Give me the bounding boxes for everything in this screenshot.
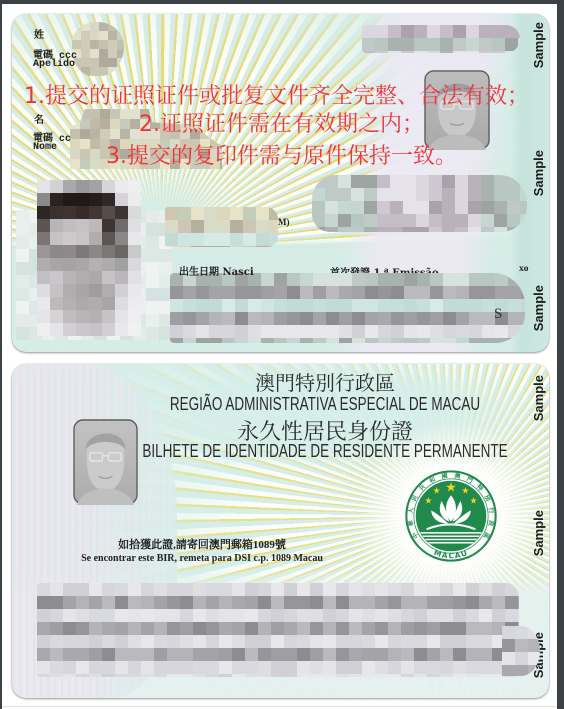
redaction-cell [388, 25, 401, 38]
redaction-cell [37, 219, 50, 232]
redaction-cell [287, 325, 300, 338]
redaction-cell [102, 648, 115, 661]
redaction-cell [89, 258, 102, 271]
redaction-cell [310, 674, 323, 677]
redaction-cell [492, 609, 505, 622]
redaction-cell [76, 284, 89, 297]
redaction-cell [167, 596, 180, 609]
redaction-cell [90, 129, 100, 139]
redaction-cell [217, 220, 230, 233]
redaction-cell [401, 609, 414, 622]
redaction-cell [287, 286, 300, 299]
redaction-cell [466, 51, 479, 53]
redaction-cell [338, 227, 351, 232]
redaction-cell [323, 648, 336, 661]
redaction-cell [430, 299, 443, 312]
redaction-cell [297, 648, 310, 661]
redaction-cell [362, 583, 375, 596]
redaction-cell [388, 51, 401, 53]
redaction-cell [443, 273, 456, 286]
redaction-cell [102, 609, 115, 622]
redaction-cell [427, 635, 440, 648]
redaction-cell [102, 180, 115, 193]
redaction-cell [427, 648, 440, 661]
redaction-cell [312, 227, 325, 232]
redaction-cell [453, 648, 466, 661]
redaction-cell [300, 312, 313, 325]
redaction-cell [417, 286, 430, 299]
redaction-cell [507, 214, 520, 227]
redaction-cell [414, 596, 427, 609]
redaction-cell [515, 652, 528, 665]
redaction-cell [404, 312, 417, 325]
redaction-cell [440, 661, 453, 674]
redaction-cell [284, 609, 297, 622]
redaction-cell [115, 635, 128, 648]
redaction-cell [507, 227, 520, 232]
redaction-cell [89, 180, 102, 193]
redaction-cell [180, 596, 193, 609]
redaction-cell [63, 258, 76, 271]
redaction-cell [50, 661, 63, 674]
redaction-cell [258, 609, 271, 622]
redaction-cell [443, 299, 456, 312]
redaction-cell [284, 622, 297, 635]
redaction-cell [115, 193, 128, 206]
redaction-cell [261, 312, 274, 325]
redaction-cell [440, 583, 453, 596]
redaction-cell [479, 674, 492, 677]
redaction-cell [339, 312, 352, 325]
redaction-cell [468, 175, 481, 188]
redaction-cell [180, 635, 193, 648]
redaction-cell [403, 201, 416, 214]
redaction-cell [404, 299, 417, 312]
redaction-cell [349, 648, 362, 661]
redaction-cell [388, 38, 401, 51]
redaction-cell [209, 299, 222, 312]
redaction-cell [442, 214, 455, 227]
redaction-cell [375, 648, 388, 661]
redaction-cell [338, 175, 351, 188]
redaction-cell [336, 661, 349, 674]
redaction-cell [508, 312, 521, 325]
redaction-cell [453, 583, 466, 596]
redaction-cell [274, 286, 287, 299]
redaction-cell [287, 299, 300, 312]
redaction-cell [63, 674, 76, 677]
redaction-cell [248, 312, 261, 325]
redaction-cell [76, 648, 89, 661]
redaction-cell [287, 273, 300, 286]
redaction-cell [209, 286, 222, 299]
redaction-cell [248, 325, 261, 338]
redaction-cell [115, 284, 128, 297]
redaction-cell [63, 271, 76, 284]
redaction-cell [102, 219, 115, 232]
redaction-cell [427, 38, 440, 51]
redaction-cell [235, 312, 248, 325]
redacted-surname [72, 22, 124, 76]
redaction-cell [339, 325, 352, 338]
redaction-cell [165, 207, 178, 220]
redaction-cell [362, 661, 375, 674]
redaction-cell [466, 674, 479, 677]
redaction-cell [141, 674, 154, 677]
redaction-cell [388, 635, 401, 648]
redaction-cell [89, 245, 102, 258]
redaction-cell [37, 596, 50, 609]
redaction-cell [245, 635, 258, 648]
redaction-cell [248, 286, 261, 299]
redaction-cell [271, 596, 284, 609]
redaction-cell [180, 648, 193, 661]
redaction-cell [102, 258, 115, 271]
redaction-cell [115, 648, 128, 661]
redaction-cell [414, 583, 427, 596]
redaction-cell [261, 286, 274, 299]
redaction-cell [326, 312, 339, 325]
redaction-cell [401, 583, 414, 596]
redaction-cell [388, 609, 401, 622]
redaction-cell [403, 214, 416, 227]
redaction-cell [90, 22, 99, 31]
redaction-cell [76, 180, 89, 193]
redaction-cell [297, 674, 310, 677]
redaction-cell [388, 661, 401, 674]
redaction-cell [515, 665, 528, 676]
redaction-cell [362, 609, 375, 622]
redaction-cell [90, 109, 100, 119]
redaction-cell [50, 648, 63, 661]
redaction-cell [414, 674, 427, 677]
redaction-cell [521, 325, 525, 338]
redaction-cell [469, 325, 482, 338]
redaction-cell [404, 286, 417, 299]
redaction-cell [196, 312, 209, 325]
redaction-cell [165, 233, 178, 246]
redaction-cell [403, 175, 416, 188]
redaction-cell [102, 674, 115, 677]
redaction-cell [256, 233, 269, 246]
redaction-cell [219, 661, 232, 674]
redaction-cell [352, 299, 365, 312]
redaction-cell [325, 214, 338, 227]
redaction-cell [235, 286, 248, 299]
redaction-cell [120, 129, 130, 139]
redaction-cell [323, 622, 336, 635]
redaction-cell [479, 648, 492, 661]
redaction-cell [117, 67, 124, 76]
redaction-cell [479, 596, 492, 609]
redaction-cell [89, 297, 102, 310]
redaction-cell [154, 596, 167, 609]
redaction-cell [456, 299, 469, 312]
redaction-cell [167, 635, 180, 648]
redaction-cell [89, 583, 102, 596]
redaction-cell [196, 325, 209, 338]
redaction-cell [115, 622, 128, 635]
redaction-cell [274, 338, 287, 343]
redaction-cell [495, 325, 508, 338]
redaction-cell [50, 232, 63, 245]
redaction-cell [37, 323, 50, 336]
redaction-cell [235, 338, 248, 343]
redaction-cell [16, 236, 29, 249]
redaction-cell [287, 338, 300, 343]
redaction-cell [191, 233, 204, 246]
redaction-cell [50, 219, 63, 232]
redaction-cell [170, 299, 183, 312]
redaction-cell [193, 661, 206, 674]
redaction-cell [505, 51, 518, 53]
redaction-cell [141, 596, 154, 609]
redaction-cell [521, 286, 525, 299]
redaction-cell [191, 207, 204, 220]
redaction-cell [89, 323, 102, 336]
redaction-cell [297, 622, 310, 635]
redaction-cell [417, 273, 430, 286]
redaction-cell [495, 273, 508, 286]
redaction-cell [89, 310, 102, 323]
redaction-cell [245, 674, 258, 677]
redaction-cell [115, 674, 128, 677]
redaction-cell [300, 299, 313, 312]
redaction-cell [63, 583, 76, 596]
redaction-cell [50, 297, 63, 310]
redaction-cell [284, 596, 297, 609]
redaction-cell [50, 180, 63, 193]
redaction-cell [76, 219, 89, 232]
redaction-cell [365, 299, 378, 312]
redaction-cell [37, 180, 50, 193]
redaction-cell [443, 325, 456, 338]
redaction-cell [219, 648, 232, 661]
redaction-cell [453, 38, 466, 51]
redaction-cell [390, 175, 403, 188]
redaction-cell [167, 661, 180, 674]
redaction-cell [261, 299, 274, 312]
redaction-cell [154, 583, 167, 596]
redaction-cell [390, 214, 403, 227]
redaction-cell [469, 299, 482, 312]
redaction-cell [154, 674, 167, 677]
redaction-cell [297, 609, 310, 622]
redaction-cell [50, 284, 63, 297]
redaction-cell [141, 622, 154, 635]
redaction-cell [391, 338, 404, 343]
redaction-cell [232, 661, 245, 674]
redaction-cell [312, 201, 325, 214]
redaction-cell [128, 609, 141, 622]
redaction-cell [453, 51, 466, 53]
redaction-cell [193, 596, 206, 609]
redaction-cell [508, 325, 521, 338]
redaction-cell [417, 325, 430, 338]
redaction-cell [154, 609, 167, 622]
redaction-cell [110, 109, 120, 119]
macau-emblem-icon: 中華人民共和國澳門特別行政區 MACAU [404, 469, 498, 563]
redaction-cell [507, 175, 520, 188]
redaction-cell [505, 609, 518, 622]
redaction-cell [349, 661, 362, 674]
redaction-cell [90, 149, 100, 159]
redaction-cell [469, 312, 482, 325]
redaction-cell [37, 271, 50, 284]
redaction-cell [518, 25, 520, 38]
redaction-cell [50, 622, 63, 635]
redaction-cell [235, 299, 248, 312]
redaction-cell [110, 129, 120, 139]
viewer-frame-right [557, 0, 564, 709]
redaction-cell [232, 583, 245, 596]
redaction-cell [323, 609, 336, 622]
redaction-cell [521, 299, 525, 312]
redaction-cell [427, 25, 440, 38]
redaction-cell [102, 297, 115, 310]
redaction-cell [429, 188, 442, 201]
redaction-cell [401, 622, 414, 635]
redaction-cell [90, 119, 100, 129]
redaction-cell [414, 609, 427, 622]
redaction-cell [170, 338, 183, 343]
redaction-cell [154, 661, 167, 674]
redaction-cell [375, 38, 388, 51]
redaction-cell [102, 245, 115, 258]
redaction-cell [102, 583, 115, 596]
redaction-cell [378, 273, 391, 286]
redaction-cell [284, 583, 297, 596]
redaction-cell [245, 661, 258, 674]
redaction-cell [222, 325, 235, 338]
redaction-cell [336, 583, 349, 596]
redaction-cell [102, 661, 115, 674]
redaction-cell [401, 661, 414, 674]
redaction-cell [362, 25, 375, 38]
redaction-cell [230, 207, 243, 220]
redaction-cell [375, 609, 388, 622]
redaction-cell [256, 246, 269, 247]
redaction-cell [76, 297, 89, 310]
redaction-cell [364, 201, 377, 214]
redaction-cell [191, 246, 204, 247]
redaction-cell [99, 67, 108, 76]
redaction-cell [63, 180, 76, 193]
redaction-cell [505, 38, 518, 51]
redaction-cell [99, 22, 108, 31]
redaction-cell [232, 622, 245, 635]
redaction-cell [37, 310, 50, 323]
redaction-cell [206, 635, 219, 648]
redaction-cell [466, 648, 479, 661]
redaction-cell [351, 227, 364, 232]
redaction-cell [404, 273, 417, 286]
redaction-cell [81, 58, 90, 67]
redaction-cell [256, 207, 269, 220]
redaction-cell [102, 622, 115, 635]
redaction-cell [427, 609, 440, 622]
redaction-cell [165, 246, 178, 247]
redaction-cell [481, 201, 494, 214]
redaction-cell [479, 609, 492, 622]
redaction-cell [479, 635, 492, 648]
redaction-cell [326, 325, 339, 338]
redaction-cell [495, 338, 508, 343]
redaction-cell [414, 635, 427, 648]
redaction-cell [76, 583, 89, 596]
redaction-cell [99, 31, 108, 40]
redaction-cell [414, 25, 427, 38]
redaction-cell [196, 299, 209, 312]
redaction-cell [232, 648, 245, 661]
redaction-cell [89, 609, 102, 622]
redaction-cell [115, 583, 128, 596]
redaction-cell [183, 312, 196, 325]
redaction-cell [219, 609, 232, 622]
redaction-cell [108, 31, 117, 40]
redaction-cell [416, 188, 429, 201]
redaction-cell [128, 661, 141, 674]
redaction-cell [414, 51, 427, 53]
redaction-cell [50, 596, 63, 609]
macau-emblem: 中華人民共和國澳門特別行政區 MACAU [404, 469, 498, 563]
redaction-cell [453, 609, 466, 622]
viewer-frame-top [0, 0, 564, 4]
redaction-cell [115, 271, 128, 284]
redaction-cell [377, 201, 390, 214]
redaction-cell [326, 338, 339, 343]
redaction-cell [204, 233, 217, 246]
redaction-cell [274, 299, 287, 312]
id-card-back: 澳門特別行政區 REGIÃO ADMINISTRATIVA ESPECIAL D… [12, 364, 549, 698]
redaction-cell [440, 25, 453, 38]
return-notice-zh: 如拾獲此證,請寄回澳門郵箱1089號 [52, 539, 352, 552]
redaction-cell [50, 258, 63, 271]
redaction-cell [128, 297, 141, 310]
redaction-cell [388, 622, 401, 635]
redaction-cell [479, 622, 492, 635]
redaction-cell [89, 206, 102, 219]
redaction-cell [430, 273, 443, 286]
redaction-cell [217, 233, 230, 246]
redaction-cell [204, 207, 217, 220]
redaction-cell [479, 583, 492, 596]
redaction-cell [128, 622, 141, 635]
redaction-cell [154, 648, 167, 661]
redaction-cell [284, 635, 297, 648]
redaction-cell [297, 661, 310, 674]
redaction-cell [146, 223, 159, 236]
redaction-cell [364, 227, 377, 232]
redaction-cell [115, 206, 128, 219]
redaction-cell [466, 38, 479, 51]
redaction-cell [313, 299, 326, 312]
redaction-cell [81, 67, 90, 76]
redaction-cell [115, 258, 128, 271]
redaction-cell [427, 661, 440, 674]
redaction-cell [456, 338, 469, 343]
redaction-cell [128, 648, 141, 661]
redaction-cell [102, 206, 115, 219]
redaction-cell [401, 635, 414, 648]
sample-watermark: Sample [532, 285, 546, 331]
redaction-cell [219, 674, 232, 677]
redaction-cell [193, 674, 206, 677]
redaction-cell [271, 661, 284, 674]
redaction-cell [430, 286, 443, 299]
redaction-cell [256, 220, 269, 233]
redaction-cell [72, 31, 81, 40]
